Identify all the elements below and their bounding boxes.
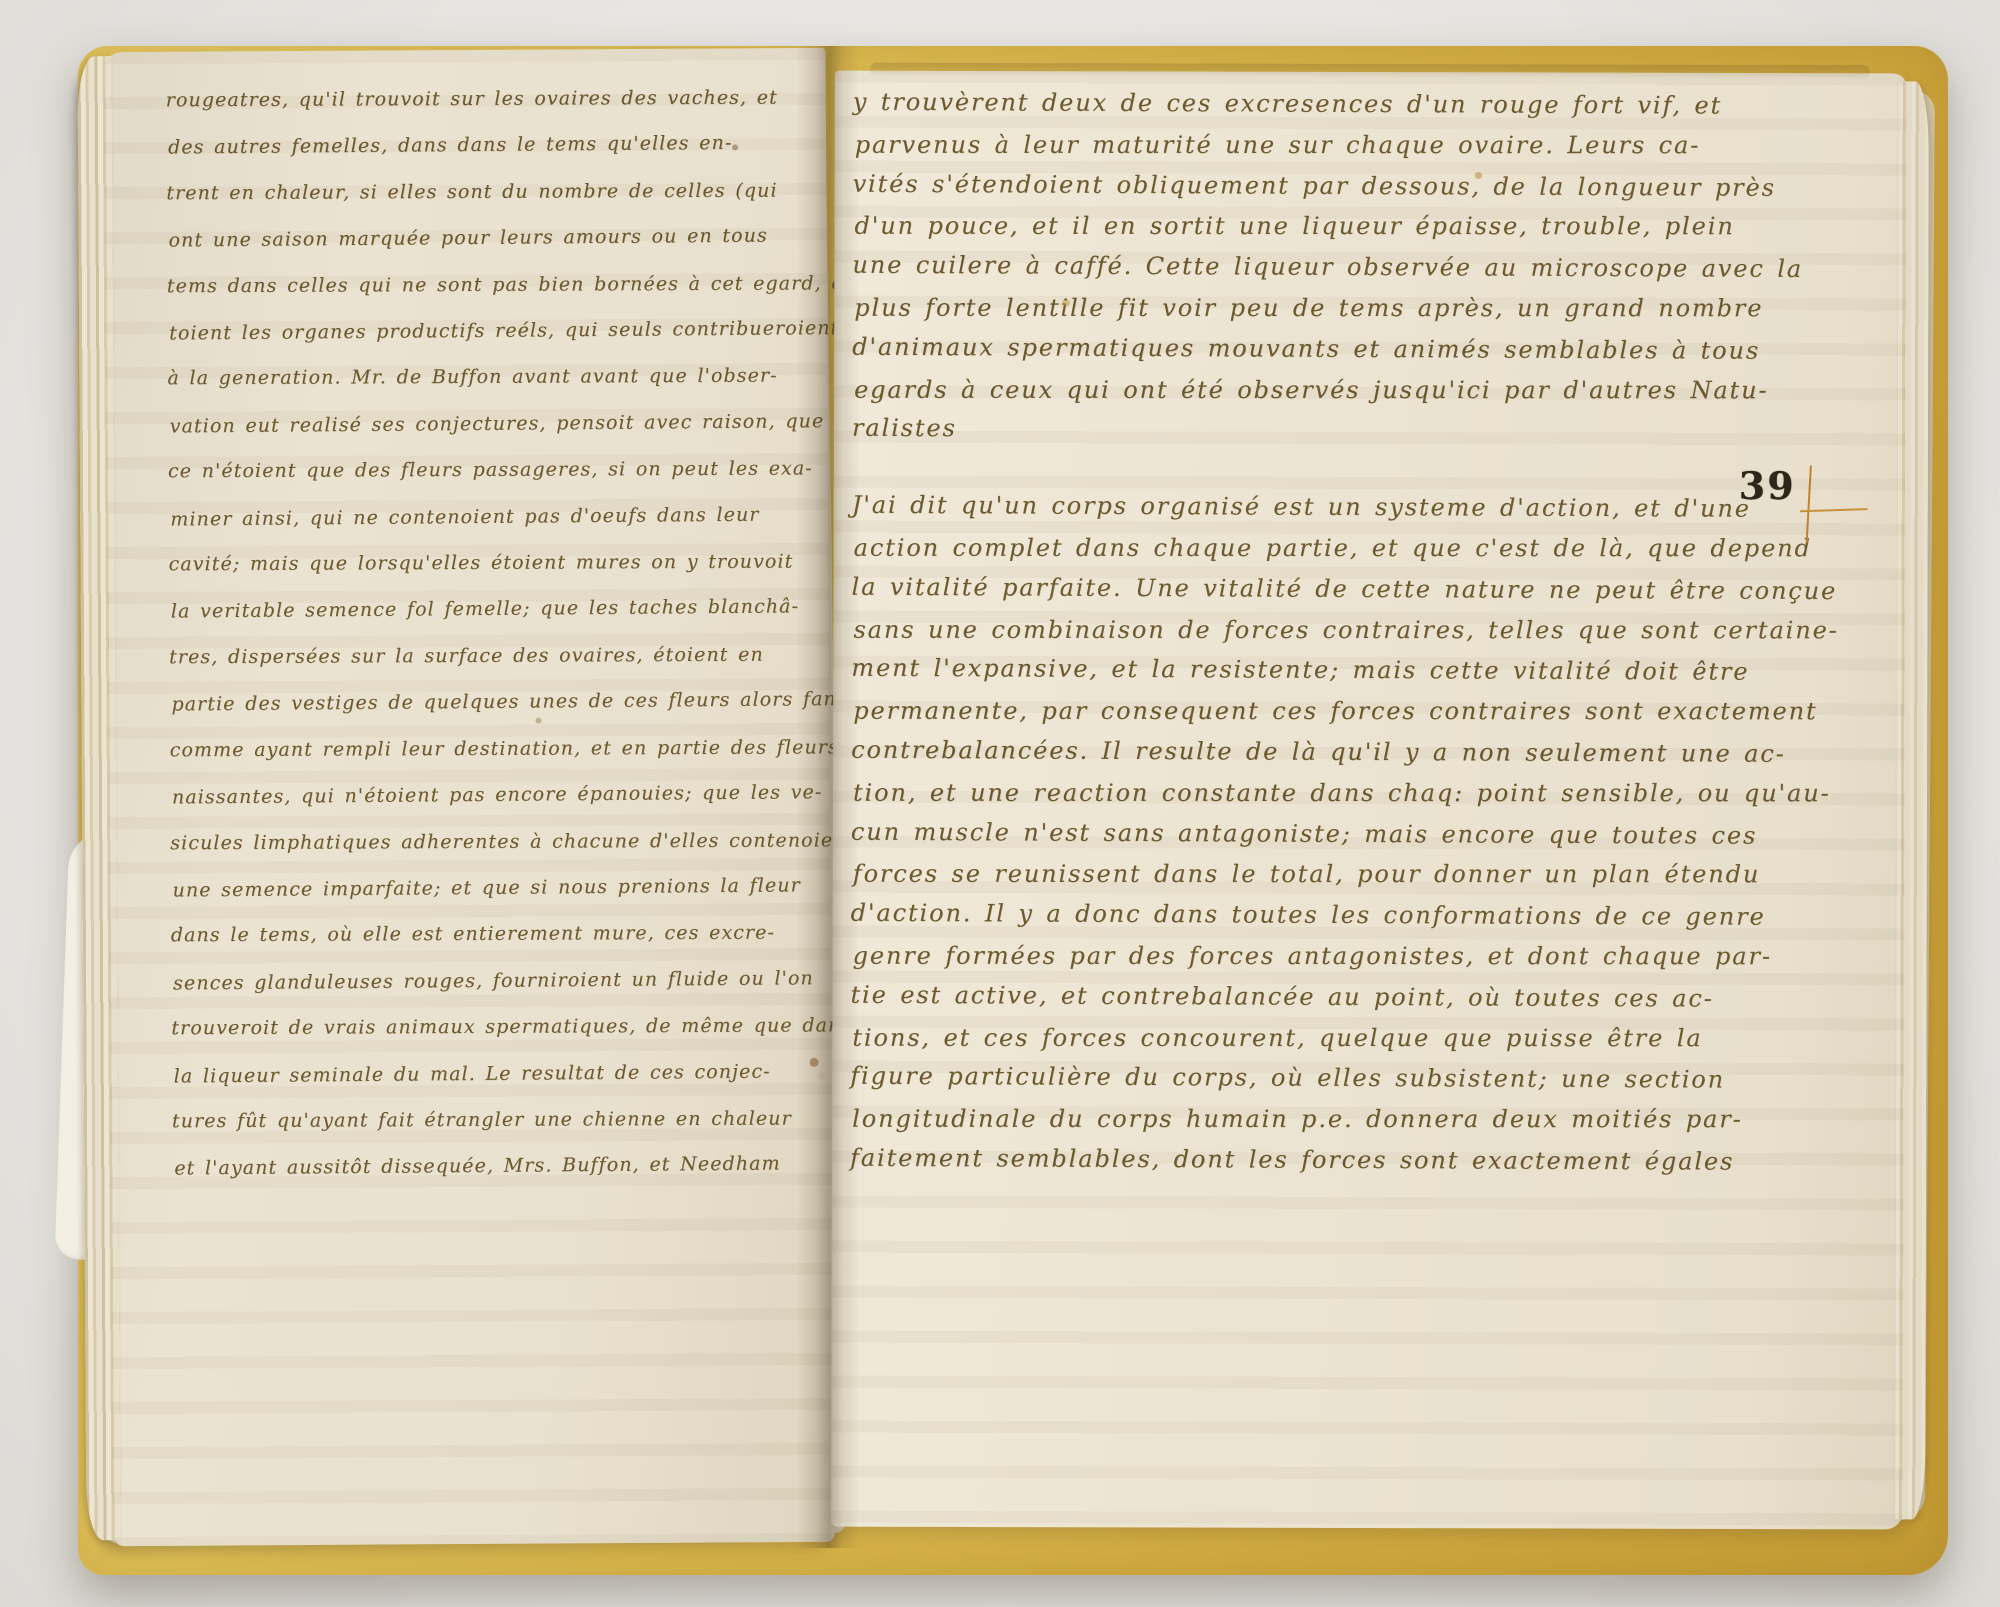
manuscript-line: ce n'étoient que des fleurs passageres, …: [168, 446, 818, 495]
manuscript-line: tems dans celles qui ne sont pas bien bo…: [167, 260, 817, 309]
manuscript-line: permanente, par consequent ces forces co…: [853, 691, 1893, 732]
manuscript-line: tion, et une reaction constante dans cha…: [853, 772, 1893, 813]
manuscript-line: vités s'étendoient obliquement par desso…: [853, 163, 1893, 208]
right-page-paragraph-1: y trouvèrent deux de ces excresences d'u…: [852, 83, 1893, 412]
manuscript-line: partie des vestiges de quelques unes de …: [171, 676, 821, 728]
manuscript-line: sences glanduleuses rouges, fourniroient…: [173, 955, 823, 1007]
left-page: rougeatres, qu'il trouvoit sur les ovair…: [103, 48, 834, 1546]
manuscript-line: naissantes, qui n'étoient pas encore épa…: [172, 769, 822, 821]
manuscript-line: forces se reunissent dans le total, pour…: [853, 854, 1893, 895]
manuscript-photo: rougeatres, qu'il trouvoit sur les ovair…: [0, 0, 2000, 1607]
right-page-paragraph-2: J'ai dit qu'un corps organisé est un sys…: [850, 486, 1892, 1182]
manuscript-line: la liqueur seminale du mal. Le resultat …: [174, 1048, 824, 1100]
page-number-ink-mark: [1802, 465, 1872, 543]
manuscript-line: y trouvèrent deux de ces excresences d'u…: [853, 82, 1893, 127]
manuscript-line: parvenus à leur maturité une sur chaque …: [855, 125, 1895, 166]
manuscript-line: ralistes: [852, 408, 1892, 453]
manuscript-line: vation eut realisé ses conjectures, pens…: [170, 398, 820, 450]
manuscript-line: cavité; mais que lorsqu'elles étoient mu…: [168, 538, 818, 587]
right-page-top-edge-shadow: [870, 63, 1870, 80]
manuscript-line: d'action. Il y a donc dans toutes les co…: [851, 893, 1891, 938]
manuscript-line: des autres femelles, dans dans le tems q…: [168, 120, 818, 172]
manuscript-line: comme ayant rempli leur destination, et …: [170, 724, 820, 773]
manuscript-line: tie est active, et contrebalancée au poi…: [850, 974, 1890, 1019]
manuscript-line: miner ainsi, qui ne contenoient pas d'oe…: [170, 491, 820, 543]
manuscript-line: à la generation. Mr. de Buffon avant ava…: [167, 353, 817, 402]
page-number: 39: [1739, 463, 1796, 508]
manuscript-line: la vitalité parfaite. Une vitalité de ce…: [851, 567, 1891, 612]
manuscript-line: figure particulière du corps, où elles s…: [850, 1056, 1890, 1101]
manuscript-line: faitement semblables, dont les forces so…: [850, 1138, 1890, 1183]
right-page: y trouvèrent deux de ces excresences d'u…: [831, 71, 1907, 1530]
manuscript-line: d'un pouce, et il en sortit une liqueur …: [854, 206, 1894, 247]
manuscript-line: trouveroit de vrais animaux spermatiques…: [171, 1003, 821, 1052]
manuscript-line: tures fût qu'ayant fait étrangler une ch…: [172, 1095, 822, 1144]
manuscript-line: tions, et ces forces concourent, quelque…: [852, 1017, 1892, 1058]
manuscript-line: une semence imparfaite; et que si nous p…: [172, 862, 822, 914]
manuscript-line: trent en chaleur, si elles sont du nombr…: [166, 167, 816, 216]
manuscript-line: sicules limphatiques adherentes à chacun…: [170, 817, 820, 866]
manuscript-line: la veritable semence fol femelle; que le…: [171, 584, 821, 636]
manuscript-line: egards à ceux qui ont été observés jusqu…: [854, 369, 1894, 410]
left-page-text: rougeatres, qu'il trouvoit sur les ovair…: [166, 74, 823, 1192]
manuscript-line: et l'ayant aussitôt dissequée, Mrs. Buff…: [174, 1141, 824, 1193]
manuscript-line: dans le tems, où elle est entierement mu…: [171, 910, 821, 959]
manuscript-line: plus forte lentille fit voir peu de tems…: [854, 288, 1894, 329]
manuscript-line: ont une saison marquée pour leurs amours…: [168, 212, 818, 264]
manuscript-line: rougeatres, qu'il trouvoit sur les ovair…: [166, 74, 816, 123]
manuscript-line: contrebalancées. Il resulte de là qu'il …: [851, 730, 1891, 775]
manuscript-line: cun muscle n'est sans antagoniste; mais …: [851, 811, 1891, 856]
paragraph-gap: [852, 450, 1892, 489]
right-page-text: y trouvèrent deux de ces excresences d'u…: [850, 83, 1893, 1182]
manuscript-line: ment l'expansive, et la resistente; mais…: [851, 648, 1891, 693]
manuscript-line: genre formées par des forces antagoniste…: [853, 936, 1893, 977]
manuscript-line: toient les organes productifs reéls, qui…: [169, 305, 819, 357]
manuscript-line: tres, dispersées sur la surface des ovai…: [169, 631, 819, 680]
manuscript-line: sans une combinaison de forces contraire…: [853, 609, 1893, 650]
manuscript-line: longitudinale du corps humain p.e. donne…: [852, 1099, 1892, 1140]
manuscript-line: J'ai dit qu'un corps organisé est un sys…: [852, 485, 1892, 530]
manuscript-line: action complet dans chaque partie, et qu…: [854, 528, 1894, 569]
manuscript-line: d'animaux spermatiques mouvants et animé…: [852, 327, 1892, 372]
manuscript-line: une cuilere à caffé. Cette liqueur obser…: [852, 245, 1892, 290]
